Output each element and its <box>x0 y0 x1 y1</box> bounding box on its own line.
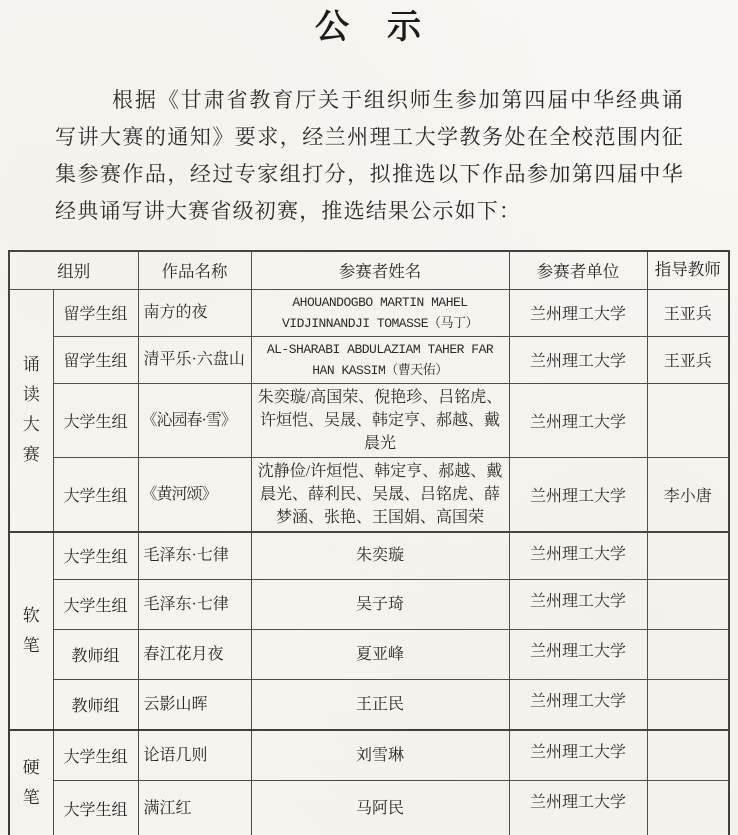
scanned-notice-page: 公 示 根据《甘肃省教育厅关于组织师生参加第四届中华经典诵写讲大赛的通知》要求，… <box>0 0 738 835</box>
work-cell: 云影山晖 <box>138 680 251 730</box>
group-cell: 大学生组 <box>53 730 138 781</box>
advisor-cell <box>647 532 729 580</box>
category-label: 诵读大赛 <box>21 350 41 470</box>
table-row: 教师组 春江花月夜 夏亚峰 兰州理工大学 <box>9 630 729 680</box>
participants-cell: AL-SHARABI ABDULAZIAM TAHER FAR HAN KASS… <box>251 336 509 383</box>
group-cell: 教师组 <box>53 680 138 730</box>
unit-cell: 兰州理工大学 <box>509 383 647 457</box>
table-row: 大学生组 毛泽东·七律 吴子琦 兰州理工大学 <box>9 580 729 630</box>
work-cell: 南方的夜 <box>138 289 251 336</box>
table-header-row: 组别 作品名称 参赛者姓名 参赛者单位 指导教师 <box>9 251 729 289</box>
col-header-group: 组别 <box>9 251 138 289</box>
work-cell: 满江红 <box>138 781 251 835</box>
participants-cell: 马阿民 <box>251 781 509 835</box>
col-header-work: 作品名称 <box>138 251 251 289</box>
col-header-advisor: 指导教师 <box>647 251 729 289</box>
unit-cell: 兰州理工大学 <box>509 680 647 730</box>
group-cell: 大学生组 <box>53 383 138 457</box>
advisor-cell <box>647 630 729 680</box>
intro-paragraph: 根据《甘肃省教育厅关于组织师生参加第四届中华经典诵写讲大赛的通知》要求，经兰州理… <box>55 82 684 230</box>
group-cell: 教师组 <box>53 630 138 680</box>
table-row: 软笔 大学生组 毛泽东·七律 朱奕璇 兰州理工大学 <box>9 532 729 580</box>
participants-cell: 沈静俭/许烜恺、韩定亨、郝越、戴晨光、薛利民、吴晟、吕铭虎、薛梦涵、张艳、王国娟… <box>251 457 509 532</box>
work-cell: 论语几则 <box>138 730 251 781</box>
work-cell: 《沁园春·雪》 <box>138 383 251 457</box>
col-header-unit: 参赛者单位 <box>509 251 647 289</box>
page-title: 公 示 <box>0 6 738 48</box>
table-row: 教师组 云影山晖 王正民 兰州理工大学 <box>9 680 729 730</box>
advisor-cell <box>647 580 729 630</box>
group-cell: 大学生组 <box>53 580 138 630</box>
group-cell: 大学生组 <box>53 781 138 835</box>
work-cell: 春江花月夜 <box>138 630 251 680</box>
table-row: 大学生组 《沁园春·雪》 朱奕璇/高国荣、倪艳珍、吕铭虎、许烜恺、吴晟、韩定亨、… <box>9 383 729 457</box>
advisor-cell <box>647 781 729 835</box>
advisor-cell: 王亚兵 <box>647 336 729 383</box>
work-cell: 毛泽东·七律 <box>138 580 251 630</box>
unit-cell: 兰州理工大学 <box>509 580 647 630</box>
section-category-brush: 软笔 <box>9 532 53 730</box>
unit-cell: 兰州理工大学 <box>509 781 647 835</box>
participants-cell: 朱奕璇/高国荣、倪艳珍、吕铭虎、许烜恺、吴晟、韩定亨、郝越、戴晨光 <box>251 383 509 457</box>
work-cell: 清平乐·六盘山 <box>138 336 251 383</box>
work-cell: 《黄河颂》 <box>138 457 251 532</box>
category-label: 软笔 <box>21 601 41 661</box>
unit-cell: 兰州理工大学 <box>509 336 647 383</box>
col-header-participants: 参赛者姓名 <box>251 251 509 289</box>
advisor-cell: 李小唐 <box>647 457 729 532</box>
unit-cell: 兰州理工大学 <box>509 630 647 680</box>
advisor-cell <box>647 730 729 781</box>
table-row: 诵读大赛 留学生组 南方的夜 AHOUANDOGBO MARTIN MAHEL … <box>9 289 729 336</box>
table-row: 大学生组 满江红 马阿民 兰州理工大学 <box>9 781 729 835</box>
participants-cell: 夏亚峰 <box>251 630 509 680</box>
table-row: 硬笔 大学生组 论语几则 刘雪琳 兰州理工大学 <box>9 730 729 781</box>
participants-cell: 王正民 <box>251 680 509 730</box>
table-row: 留学生组 清平乐·六盘山 AL-SHARABI ABDULAZIAM TAHER… <box>9 336 729 383</box>
group-cell: 大学生组 <box>53 532 138 580</box>
group-cell: 留学生组 <box>53 336 138 383</box>
group-cell: 大学生组 <box>53 457 138 532</box>
participants-cell: 朱奕璇 <box>251 532 509 580</box>
unit-cell: 兰州理工大学 <box>509 730 647 781</box>
results-table: 组别 作品名称 参赛者姓名 参赛者单位 指导教师 诵读大赛 留学生组 南方的夜 … <box>8 250 730 835</box>
advisor-cell: 王亚兵 <box>647 289 729 336</box>
participants-cell: 吴子琦 <box>251 580 509 630</box>
section-category-pen: 硬笔 <box>9 730 53 835</box>
table-row: 大学生组 《黄河颂》 沈静俭/许烜恺、韩定亨、郝越、戴晨光、薛利民、吴晟、吕铭虎… <box>9 457 729 532</box>
participants-cell: 刘雪琳 <box>251 730 509 781</box>
work-cell: 毛泽东·七律 <box>138 532 251 580</box>
advisor-cell <box>647 680 729 730</box>
unit-cell: 兰州理工大学 <box>509 457 647 532</box>
category-label: 硬笔 <box>21 753 41 813</box>
unit-cell: 兰州理工大学 <box>509 289 647 336</box>
group-cell: 留学生组 <box>53 289 138 336</box>
participants-cell: AHOUANDOGBO MARTIN MAHEL VIDJINNANDJI TO… <box>251 289 509 336</box>
section-category-recitation: 诵读大赛 <box>9 289 53 532</box>
unit-cell: 兰州理工大学 <box>509 532 647 580</box>
advisor-cell <box>647 383 729 457</box>
